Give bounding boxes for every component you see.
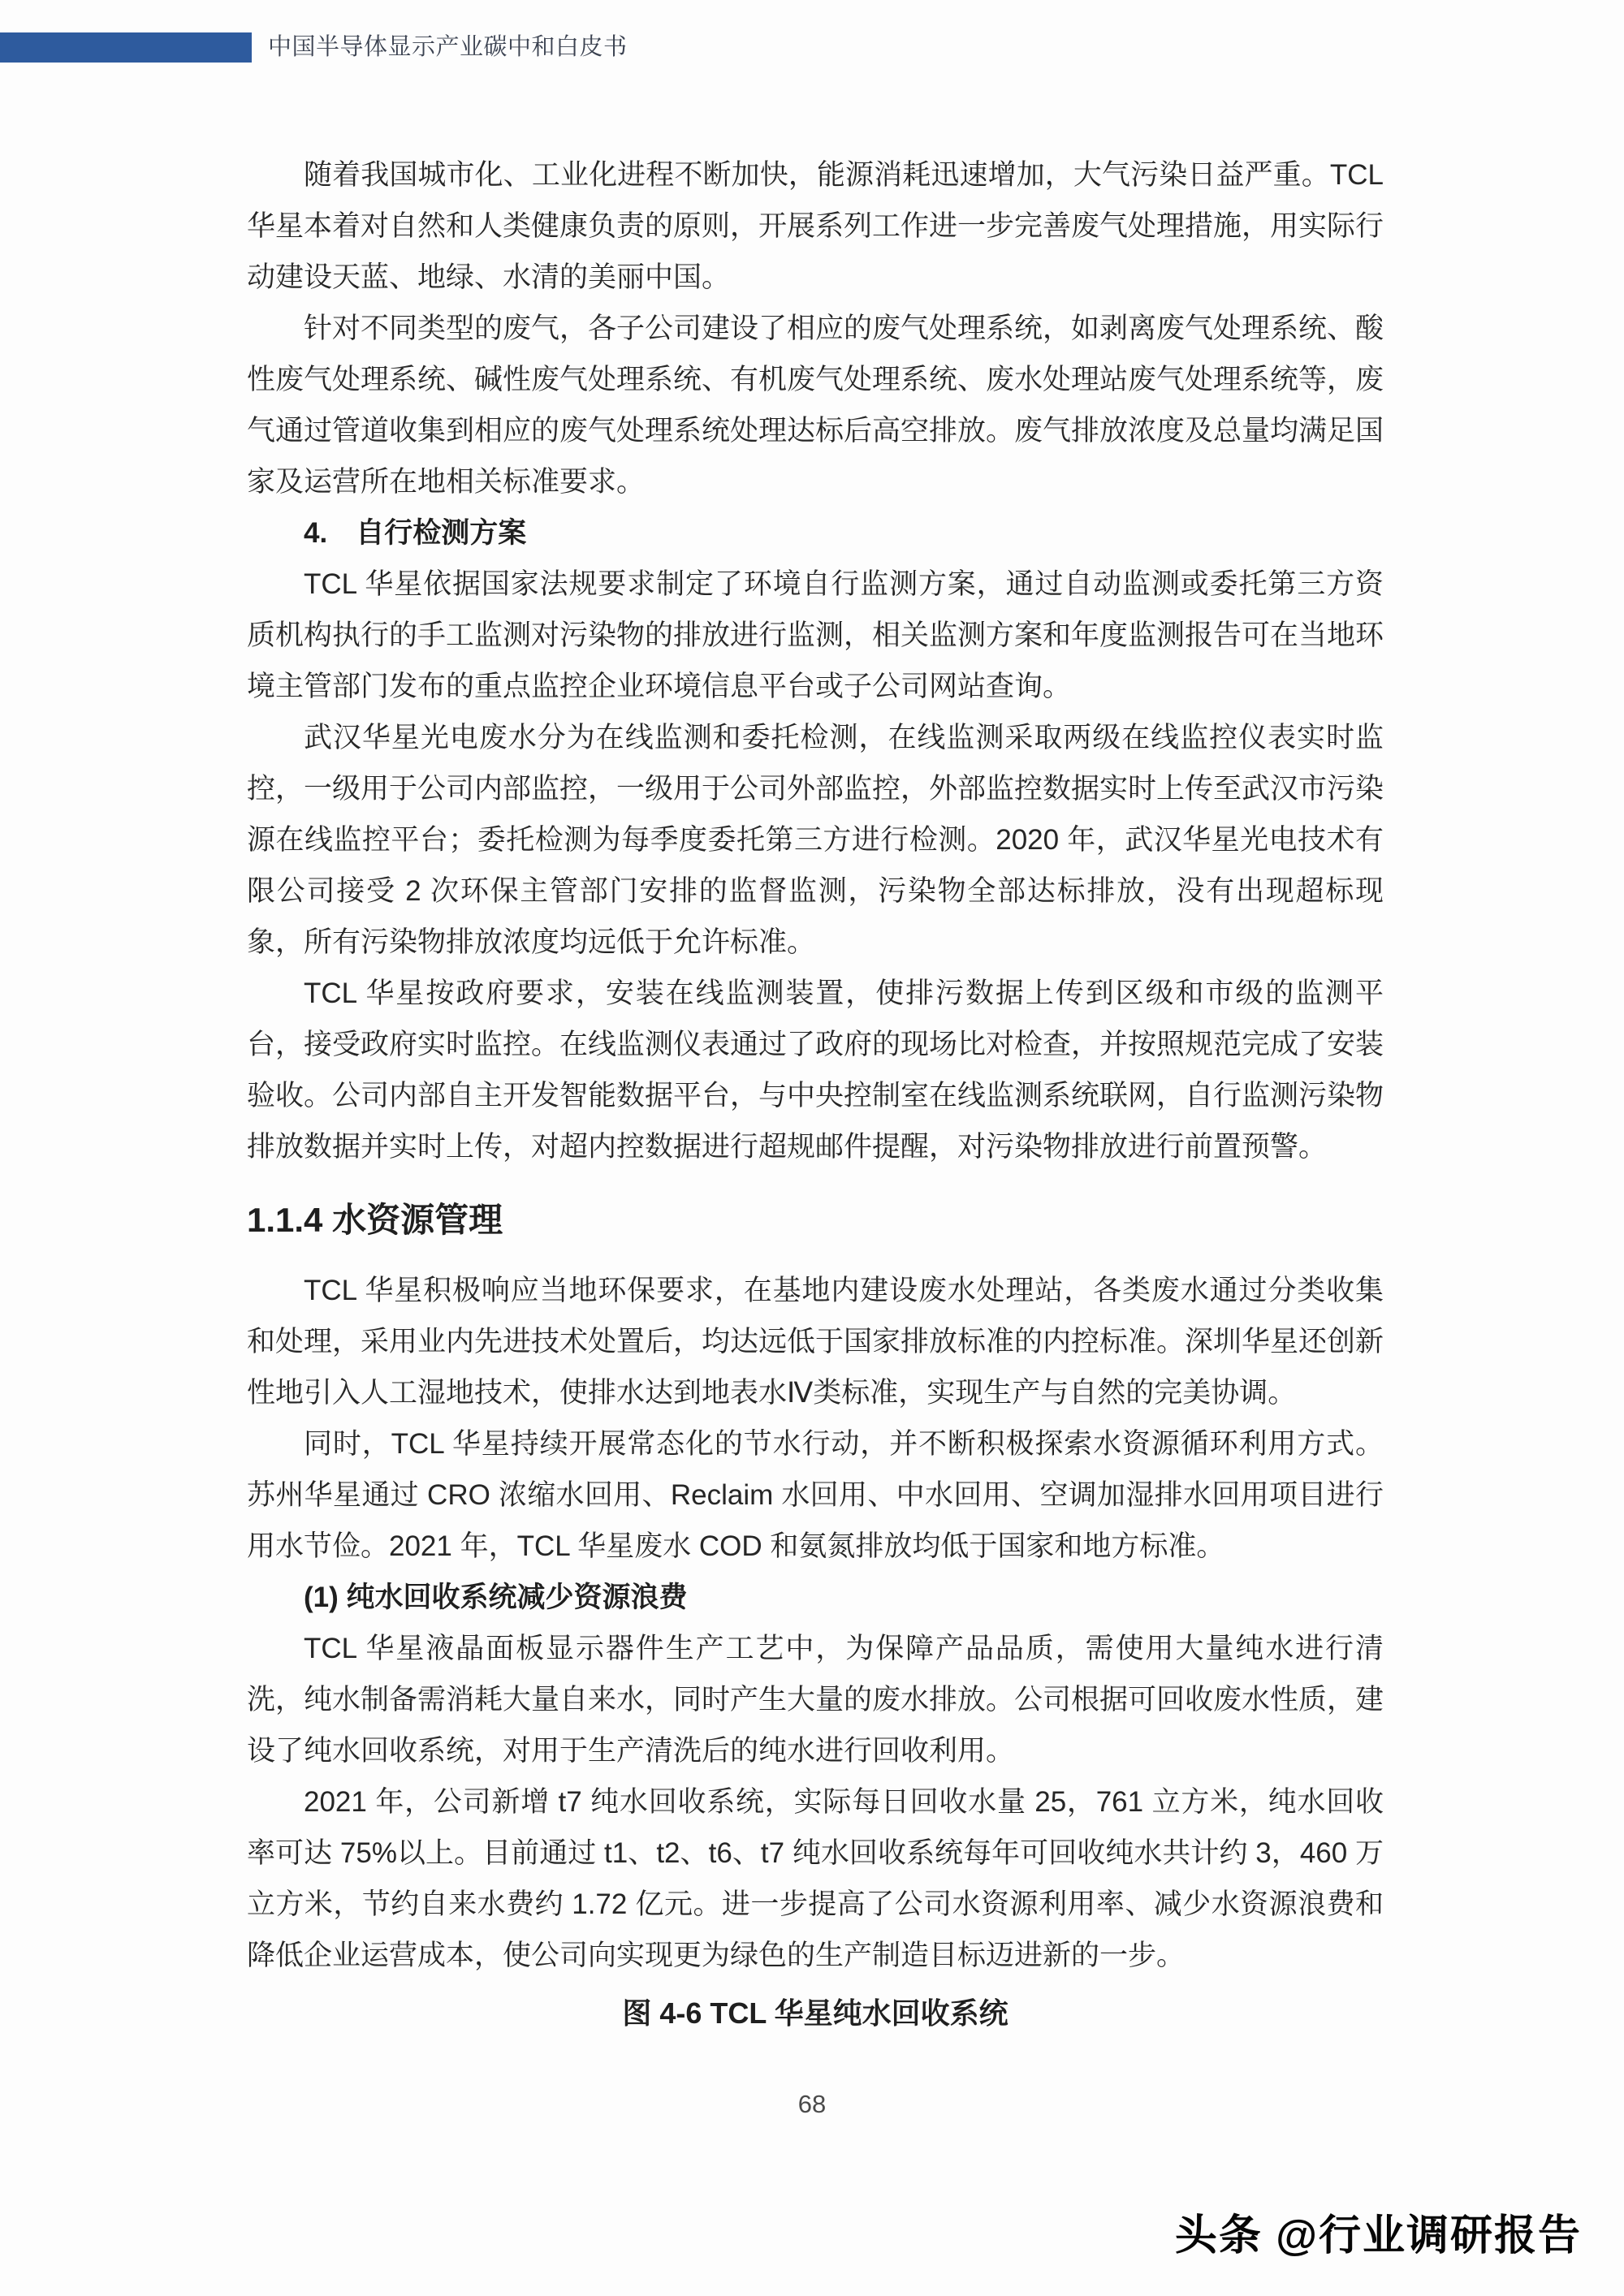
- paragraph-water-saving-actions: 同时，TCL 华星持续开展常态化的节水行动，并不断积极探索水资源循环利用方式。苏…: [247, 1418, 1384, 1572]
- paragraph-wuhan-monitoring: 武汉华星光电废水分为在线监测和委托检测，在线监测采取两级在线监控仪表实时监控，一…: [247, 712, 1384, 968]
- subsection-heading-pure-water-recycling: (1) 纯水回收系统减少资源浪费: [247, 1572, 1384, 1623]
- page-header: 中国半导体显示产业碳中和白皮书: [0, 32, 1624, 63]
- watermark-toutiao: 头条 @行业调研报告: [1175, 2210, 1582, 2262]
- header-title: 中国半导体显示产业碳中和白皮书: [268, 32, 628, 63]
- paragraph-air-pollution-intro: 随着我国城市化、工业化进程不断加快，能源消耗迅速增加，大气污染日益严重。TCL …: [247, 149, 1384, 303]
- page-number: 68: [0, 2088, 1624, 2121]
- paragraph-recycling-results-2021: 2021 年，公司新增 t7 纯水回收系统，实际每日回收水量 25，761 立方…: [247, 1776, 1384, 1981]
- paragraph-self-monitoring-plan: TCL 华星依据国家法规要求制定了环境自行监测方案，通过自动监测或委托第三方资质…: [247, 559, 1384, 712]
- section-heading-water-resources: 1.1.4 水资源管理: [247, 1190, 1384, 1250]
- subsection-heading-self-monitoring: 4. 自行检测方案: [247, 507, 1384, 559]
- document-page: 中国半导体显示产业碳中和白皮书 随着我国城市化、工业化进程不断加快，能源消耗迅速…: [0, 0, 1624, 2296]
- paragraph-wastewater-treatment: TCL 华星积极响应当地环保要求，在基地内建设废水处理站，各类废水通过分类收集和…: [247, 1265, 1384, 1418]
- header-accent-bar: [0, 32, 252, 63]
- figure-caption: 图 4-6 TCL 华星纯水回收系统: [247, 1987, 1384, 2039]
- document-body: 随着我国城市化、工业化进程不断加快，能源消耗迅速增加，大气污染日益严重。TCL …: [247, 149, 1384, 2039]
- paragraph-online-monitoring-devices: TCL 华星按政府要求，安装在线监测装置，使排污数据上传到区级和市级的监测平台，…: [247, 968, 1384, 1172]
- paragraph-waste-gas-systems: 针对不同类型的废气，各子公司建设了相应的废气处理系统，如剥离废气处理系统、酸性废…: [247, 303, 1384, 507]
- paragraph-pure-water-usage: TCL 华星液晶面板显示器件生产工艺中，为保障产品品质，需使用大量纯水进行清洗，…: [247, 1623, 1384, 1776]
